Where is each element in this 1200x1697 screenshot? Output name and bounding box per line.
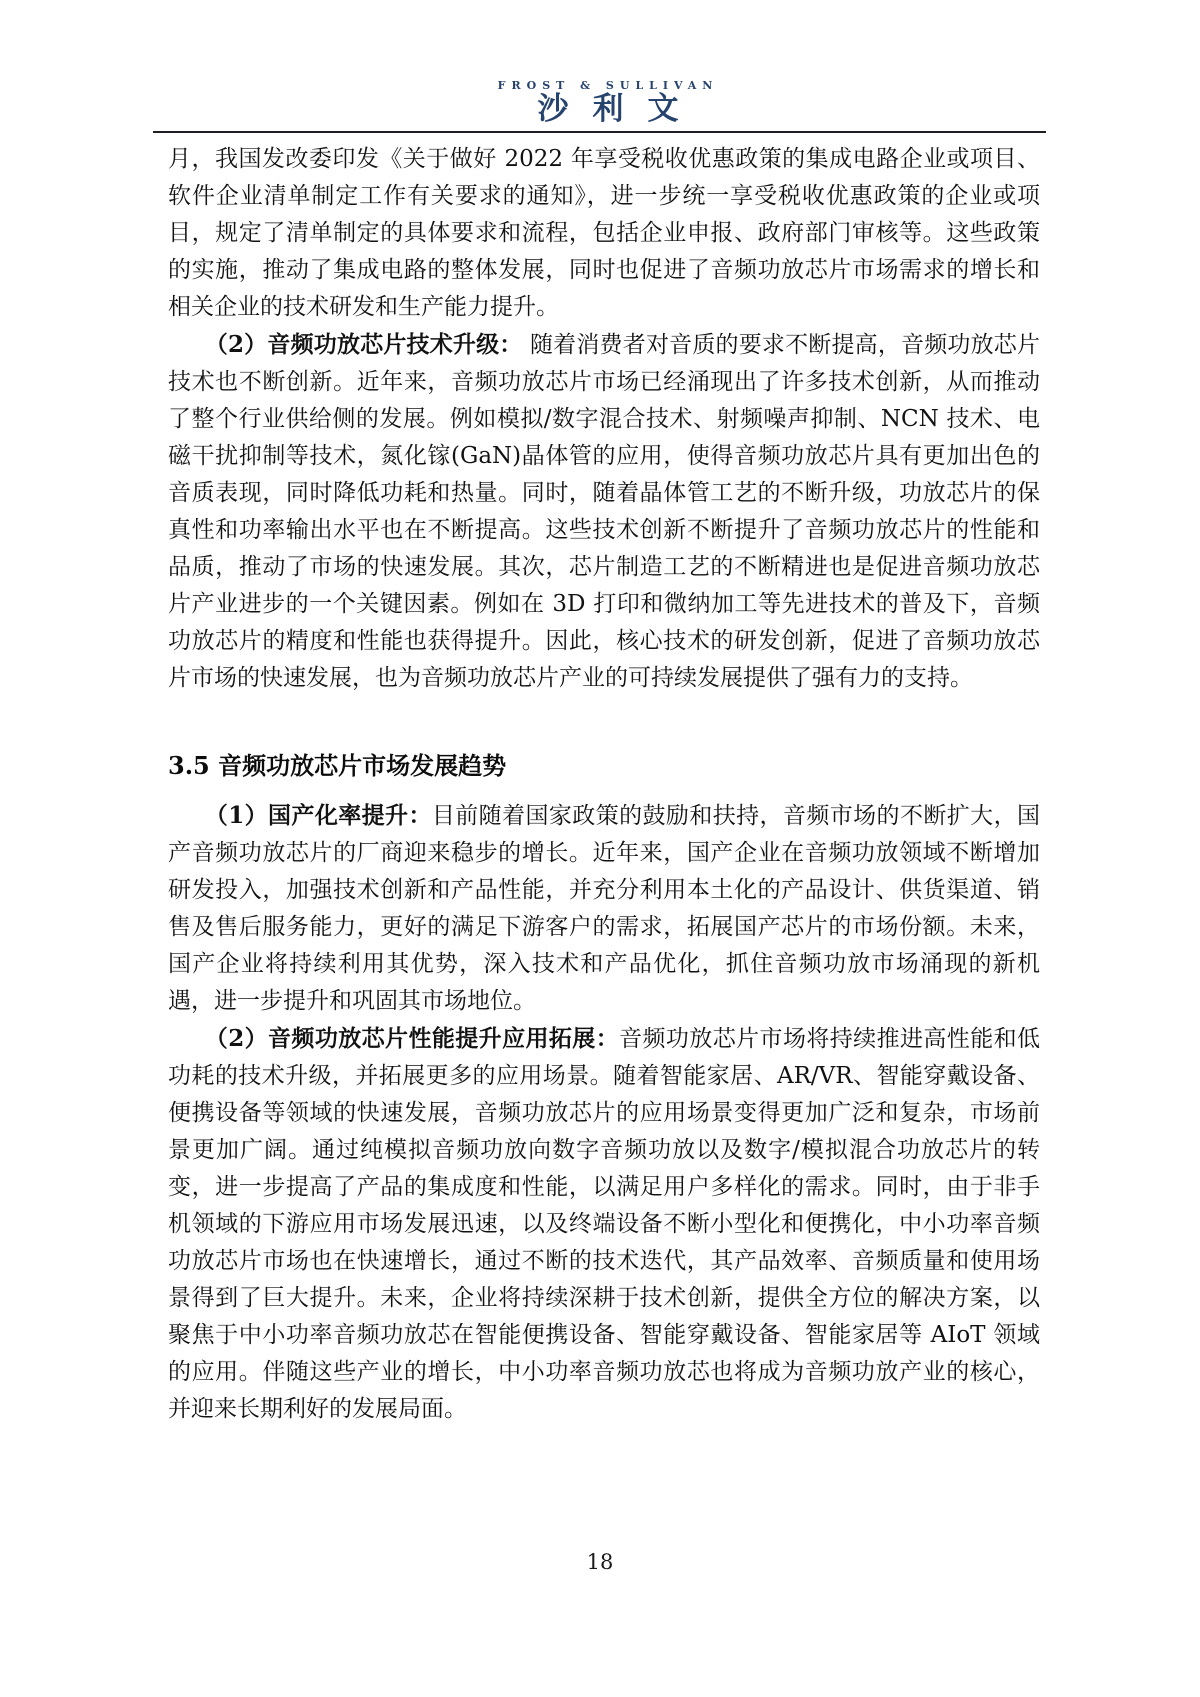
header-divider — [153, 131, 1046, 133]
paragraph-tax-policy: 月，我国发改委印发《关于做好 2022 年享受税收优惠政策的集成电路企业或项目、… — [168, 141, 1040, 326]
paragraph-localization-text: 目前随着国家政策的鼓励和扶持，音频市场的不断扩大，国产音频功放芯片的厂商迎来稳步… — [168, 803, 1040, 1014]
paragraph-tech-upgrade-text: 随着消费者对音质的要求不断提高，音频功放芯片技术也不断创新。近年来，音频功放芯片… — [168, 332, 1040, 691]
document-body: 月，我国发改委印发《关于做好 2022 年享受税收优惠政策的集成电路企业或项目、… — [168, 141, 1040, 1428]
page-header: FROST & SULLIVAN 沙利文 — [0, 0, 1200, 134]
frost-sullivan-logo: FROST & SULLIVAN 沙利文 — [8, 80, 1200, 125]
run-in-heading-performance-expansion: （2）音频功放芯片性能提升应用拓展： — [205, 1025, 619, 1052]
run-in-heading-localization: （1）国产化率提升： — [205, 802, 432, 829]
paragraph-tech-upgrade: （2）音频功放芯片技术升级： 随着消费者对音质的要求不断提高，音频功放芯片技术也… — [168, 326, 1040, 697]
document-page: FROST & SULLIVAN 沙利文 月，我国发改委印发《关于做好 2022… — [0, 0, 1200, 1697]
section-heading-3-5: 3.5 音频功放芯片市场发展趋势 — [168, 747, 1040, 784]
logo-english-text: FROST & SULLIVAN — [8, 80, 1200, 91]
paragraph-localization: （1）国产化率提升：目前随着国家政策的鼓励和扶持，音频市场的不断扩大，国产音频功… — [168, 797, 1040, 1020]
paragraph-performance-expansion: （2）音频功放芯片性能提升应用拓展：音频功放芯片市场将持续推进高性能和低功耗的技… — [168, 1020, 1040, 1428]
paragraph-performance-expansion-text: 音频功放芯片市场将持续推进高性能和低功耗的技术升级，并拓展更多的应用场景。随着智… — [168, 1026, 1040, 1422]
run-in-heading-tech-upgrade: （2）音频功放芯片技术升级： — [205, 331, 523, 358]
logo-chinese-text: 沙利文 — [8, 94, 1200, 125]
page-number: 18 — [0, 1550, 1200, 1574]
